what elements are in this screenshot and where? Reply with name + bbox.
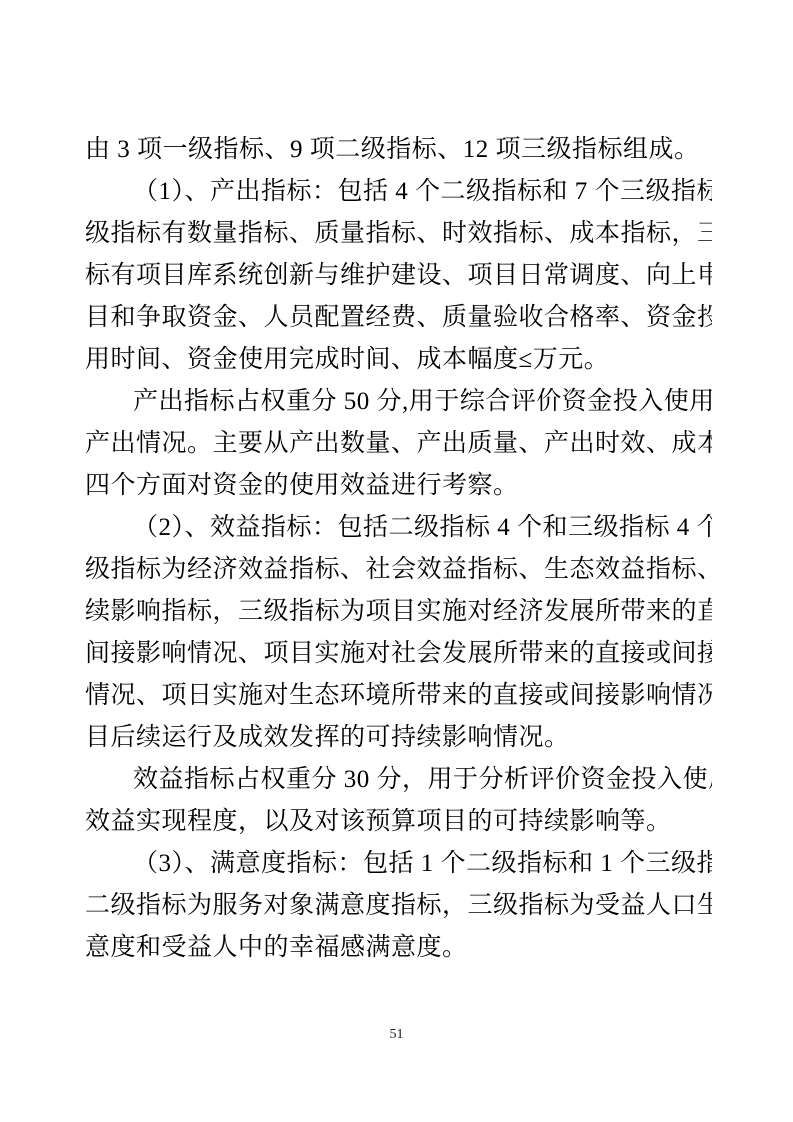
text-line: 由 3 项一级指标、9 项二级指标、12 项三级指标组成。 [85, 129, 712, 171]
text-line: 级指标为经济效益指标、社会效益指标、生态效益指标、可持 [85, 549, 712, 591]
document-page: 由 3 项一级指标、9 项二级指标、12 项三级指标组成。（1）、产出指标：包括… [0, 0, 793, 1122]
paragraph: 效益指标占权重分 30 分，用于分析评价资金投入使用后的效益实现程度，以及对该预… [85, 759, 712, 843]
text-line: 效益指标占权重分 30 分，用于分析评价资金投入使用后的 [85, 759, 712, 801]
page-number: 51 [0, 1026, 793, 1044]
text-line: 用时间、资金使用完成时间、成本幅度≤万元。 [85, 339, 712, 381]
text-line: 情况、项日实施对生态环境所带来的直接或间接影响情况、项 [85, 675, 712, 717]
text-line: 意度和受益人中的幸福感满意度。 [85, 927, 712, 969]
text-line: 标有项目库系统创新与维护建设、项目日常调度、向上申报项 [85, 255, 712, 297]
text-line: 级指标有数量指标、质量指标、时效指标、成本指标，三级指 [85, 213, 712, 255]
paragraph: （3）、满意度指标：包括 1 个二级指标和 1 个三级指标，二级指标为服务对象满… [85, 843, 712, 969]
text-line: （2）、效益指标：包括二级指标 4 个和三级指标 4 个，二 [85, 507, 712, 549]
text-line: 四个方面对资金的使用效益进行考察。 [85, 465, 712, 507]
paragraph: 产出指标占权重分 50 分,用于综合评价资金投入使用后的产出情况。主要从产出数量… [85, 381, 712, 507]
document-body: 由 3 项一级指标、9 项二级指标、12 项三级指标组成。（1）、产出指标：包括… [85, 129, 712, 969]
text-line: 续影响指标，三级指标为项目实施对经济发展所带来的直接或 [85, 591, 712, 633]
paragraph: 由 3 项一级指标、9 项二级指标、12 项三级指标组成。 [85, 129, 712, 171]
text-line: 产出指标占权重分 50 分,用于综合评价资金投入使用后的 [85, 381, 712, 423]
text-line: 间接影响情况、项目实施对社会发展所带来的直接或间接影响 [85, 633, 712, 675]
text-line: 效益实现程度，以及对该预算项目的可持续影响等。 [85, 801, 712, 843]
paragraph: （2）、效益指标：包括二级指标 4 个和三级指标 4 个，二级指标为经济效益指标… [85, 507, 712, 759]
text-line: （3）、满意度指标：包括 1 个二级指标和 1 个三级指标， [85, 843, 712, 885]
text-line: 二级指标为服务对象满意度指标，三级指标为受益人口生活满 [85, 885, 712, 927]
text-line: 目和争取资金、人员配置经费、质量验收合格率、资金投入使 [85, 297, 712, 339]
paragraph: （1）、产出指标：包括 4 个二级指标和 7 个三级指标，二级指标有数量指标、质… [85, 171, 712, 381]
text-line: 目后续运行及成效发挥的可持续影响情况。 [85, 717, 712, 759]
text-line: （1）、产出指标：包括 4 个二级指标和 7 个三级指标，二 [85, 171, 712, 213]
text-line: 产出情况。主要从产出数量、产出质量、产出时效、成本指标 [85, 423, 712, 465]
